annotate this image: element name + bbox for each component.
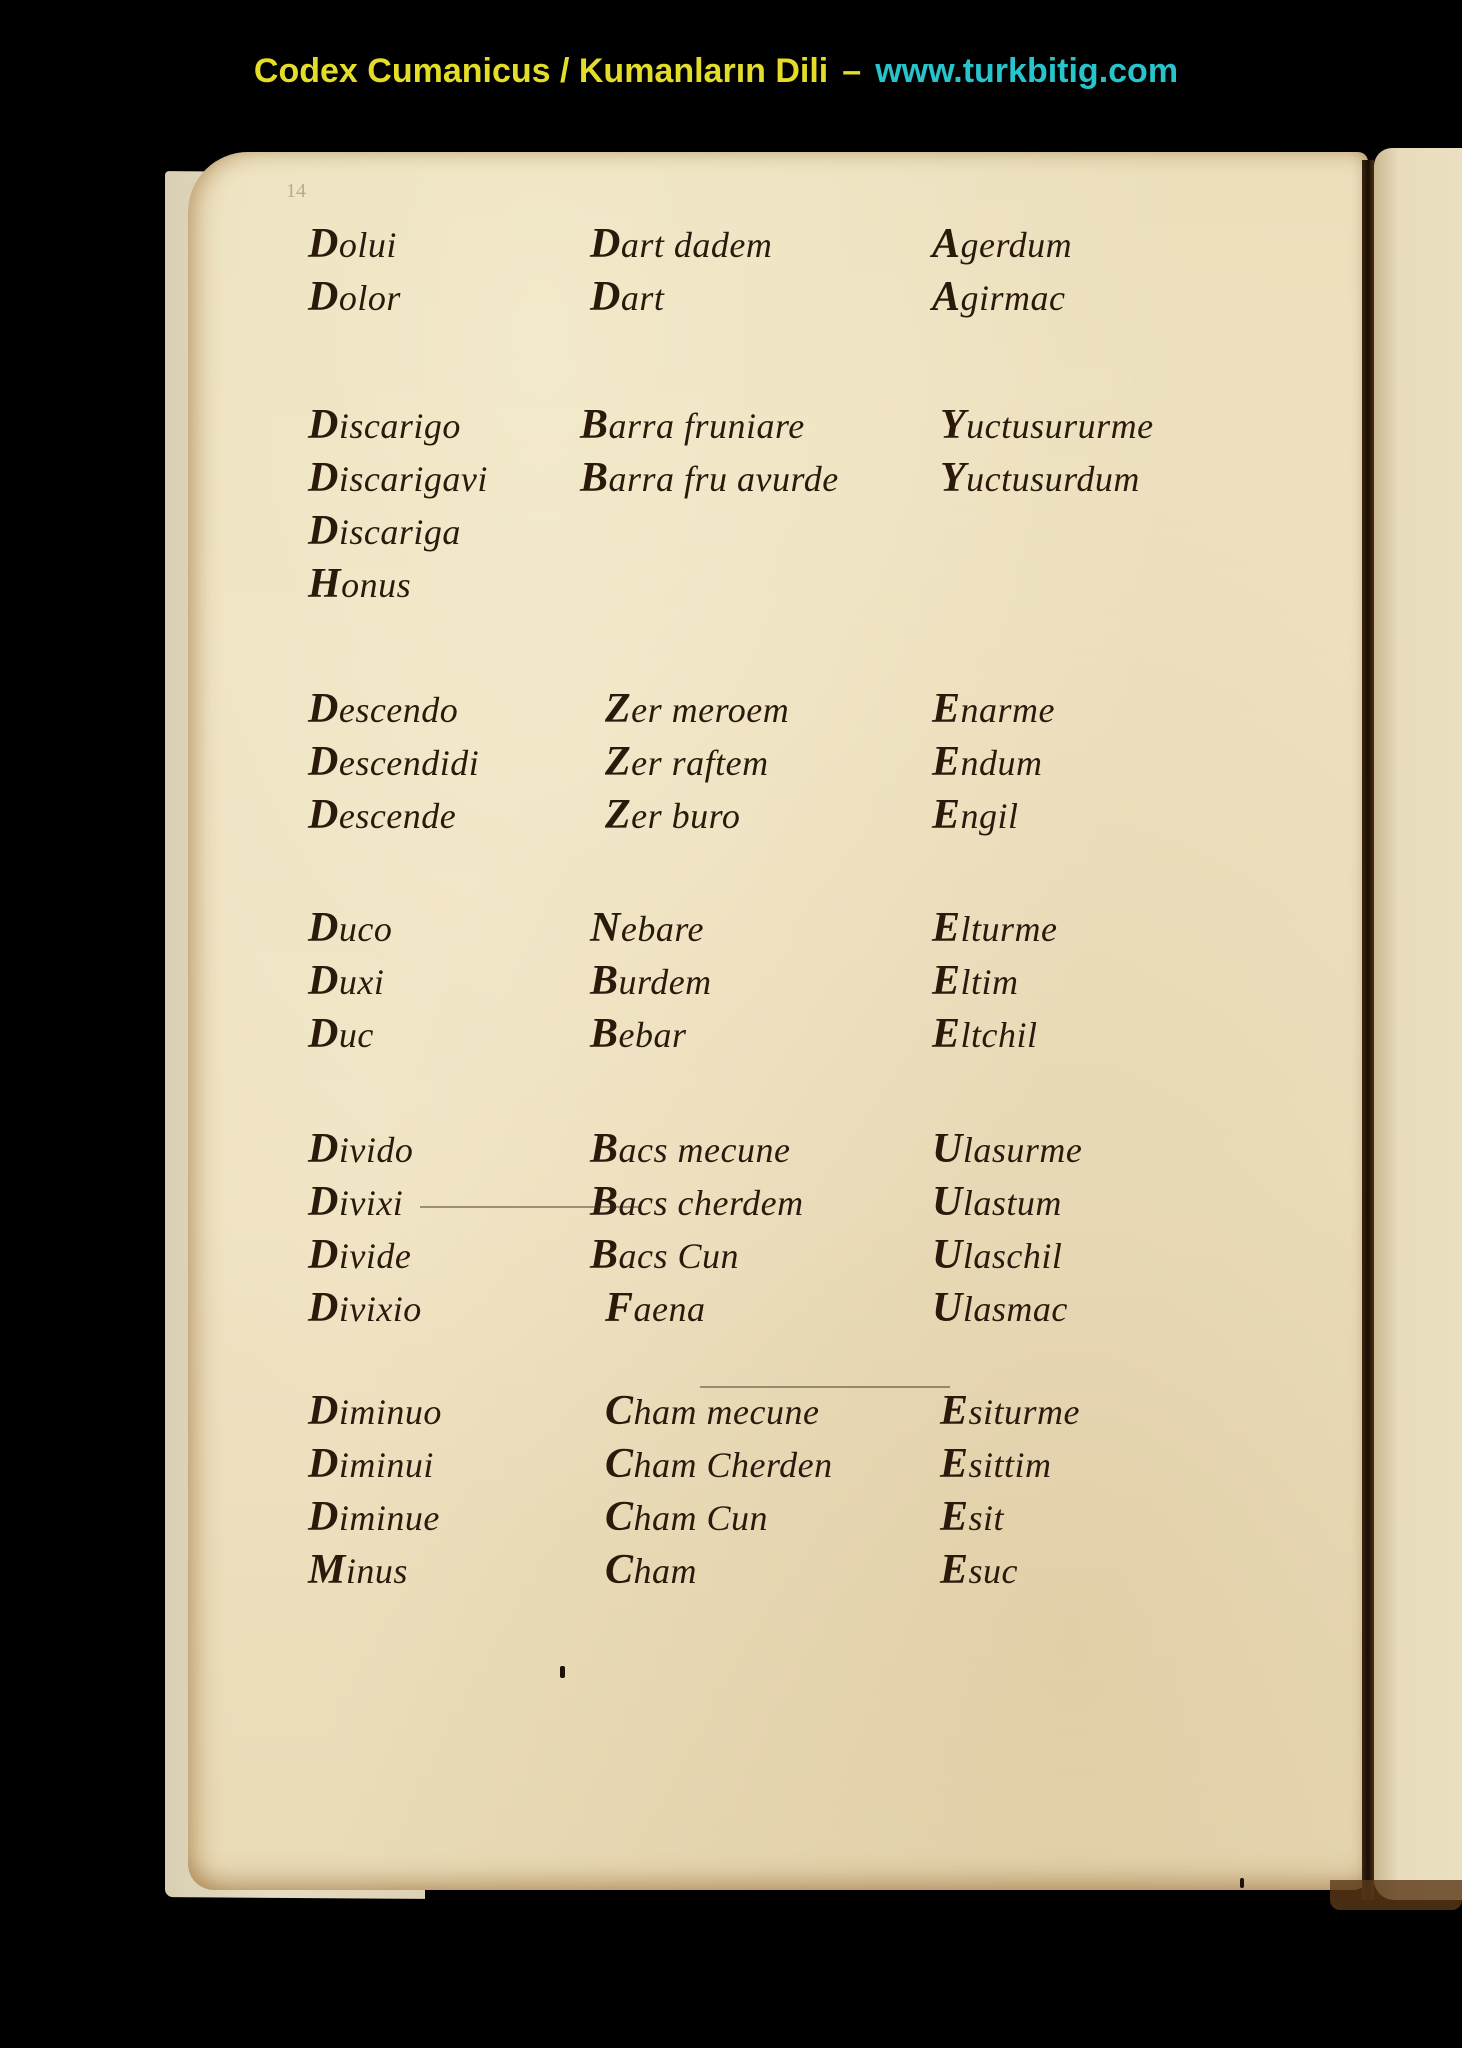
cuman-word: Agirmac — [932, 271, 1066, 325]
glossary-row: Discariga — [300, 505, 1260, 558]
cuman-word: Esittim — [940, 1438, 1052, 1492]
persian-word: Barra fru avurde — [580, 452, 839, 506]
ink-dot — [560, 1666, 565, 1678]
glossary-row: Descendo Zer meroem Enarme — [300, 683, 1260, 736]
persian-word: Bebar — [590, 1008, 687, 1062]
latin-word: Duco — [308, 902, 392, 956]
glossary-row: Dolor Dart Agirmac — [300, 271, 1260, 324]
persian-word: Dart dadem — [590, 218, 772, 272]
cuman-word: Esiturme — [940, 1385, 1080, 1439]
cuman-word: Agerdum — [932, 218, 1072, 272]
glossary-row: Descendidi Zer raftem Endum — [300, 736, 1260, 789]
latin-word: Divido — [308, 1123, 413, 1177]
glossary-row: Duc Bebar Eltchil — [300, 1008, 1260, 1061]
persian-word: Bacs cherdem — [590, 1176, 804, 1230]
glossary-row: Diminue Cham Cun Esit — [300, 1491, 1260, 1544]
latin-word: Descende — [308, 789, 456, 843]
latin-word: Dolui — [308, 218, 397, 272]
latin-word: Duc — [308, 1008, 374, 1062]
persian-word: Zer meroem — [605, 683, 789, 737]
glossary-row: Diminuo Cham mecune Esiturme — [300, 1385, 1260, 1438]
cuman-word: Esuc — [940, 1544, 1018, 1598]
book-gutter — [1362, 160, 1374, 1900]
persian-word: Cham — [605, 1544, 697, 1598]
latin-word: Diminuo — [308, 1385, 442, 1439]
glossary-row: Minus Cham Esuc — [300, 1544, 1260, 1597]
glossary-row: Dolui Dart dadem Agerdum — [300, 218, 1260, 271]
spine-bottom — [1330, 1880, 1462, 1910]
ink-rule-line — [420, 1206, 640, 1208]
persian-word: Cham Cherden — [605, 1438, 833, 1492]
entry-group: Discarigo Barra fruniare Yuctusururme Di… — [300, 399, 1260, 611]
folio-mark: 14 — [286, 180, 306, 203]
persian-word: Zer raftem — [605, 736, 769, 790]
ink-rule-line — [700, 1386, 950, 1388]
glossary-row: Divido Bacs mecune Ulasurme — [300, 1123, 1260, 1176]
latin-word: Discariga — [308, 505, 461, 559]
cuman-word: Enarme — [932, 683, 1055, 737]
persian-word: Barra fruniare — [580, 399, 805, 453]
banner-separator: – — [842, 52, 861, 90]
persian-word: Bacs mecune — [590, 1123, 790, 1177]
glossary-row: Divixio Faena Ulasmac — [300, 1282, 1260, 1335]
glossary-row: Descende Zer buro Engil — [300, 789, 1260, 842]
entry-group: Divido Bacs mecune Ulasurme Divixi Bacs … — [300, 1123, 1260, 1335]
cuman-word: Eltim — [932, 955, 1019, 1009]
cuman-word: Ulasmac — [932, 1282, 1068, 1336]
persian-word: Cham mecune — [605, 1385, 819, 1439]
persian-word: Nebare — [590, 902, 704, 956]
glossary-row: Diminui Cham Cherden Esittim — [300, 1438, 1260, 1491]
cuman-word: Ulastum — [932, 1176, 1062, 1230]
banner-title: Codex Cumanicus / Kumanların Dili — [254, 52, 828, 90]
glossary-row: Honus — [300, 558, 1260, 611]
latin-word: Dolor — [308, 271, 401, 325]
latin-word: Divixi — [308, 1176, 403, 1230]
banner-url-link[interactable]: www.turkbitig.com — [875, 52, 1178, 90]
persian-word: Burdem — [590, 955, 712, 1009]
entry-group: Duco Nebare Elturme Duxi Burdem Eltim Du… — [300, 902, 1260, 1061]
cuman-word: Esit — [940, 1491, 1004, 1545]
glossary-row: Duxi Burdem Eltim — [300, 955, 1260, 1008]
persian-word: Zer buro — [605, 789, 740, 843]
latin-word: Descendidi — [308, 736, 479, 790]
glossary-row: Divide Bacs Cun Ulaschil — [300, 1229, 1260, 1282]
cuman-word: Endum — [932, 736, 1043, 790]
persian-word: Cham Cun — [605, 1491, 768, 1545]
latin-word: Discarigo — [308, 399, 461, 453]
cuman-word: Ulasurme — [932, 1123, 1082, 1177]
latin-word: Diminui — [308, 1438, 434, 1492]
glossary-row: Discarigo Barra fruniare Yuctusururme — [300, 399, 1260, 452]
latin-word: Divide — [308, 1229, 411, 1283]
cuman-word: Eltchil — [932, 1008, 1038, 1062]
entry-group: Descendo Zer meroem Enarme Descendidi Ze… — [300, 683, 1260, 842]
ink-dot — [1240, 1878, 1244, 1888]
cuman-word: Engil — [932, 789, 1019, 843]
glossary-entries: Dolui Dart dadem Agerdum Dolor Dart Agir… — [300, 218, 1260, 1597]
header-banner: Codex Cumanicus / Kumanların Dili–www.tu… — [0, 52, 1462, 91]
cuman-word: Elturme — [932, 902, 1058, 956]
latin-word: Diminue — [308, 1491, 440, 1545]
persian-word: Dart — [590, 271, 664, 325]
persian-word: Bacs Cun — [590, 1229, 739, 1283]
glossary-row: Divixi Bacs cherdem Ulastum — [300, 1176, 1260, 1229]
cuman-word: Ulaschil — [932, 1229, 1062, 1283]
entry-group: Diminuo Cham mecune Esiturme Diminui Cha… — [300, 1385, 1260, 1597]
cuman-word: Yuctusurdum — [940, 452, 1140, 506]
glossary-row: Duco Nebare Elturme — [300, 902, 1260, 955]
persian-word: Faena — [605, 1282, 706, 1336]
glossary-row: Discarigavi Barra fru avurde Yuctusurdum — [300, 452, 1260, 505]
latin-word: Honus — [308, 558, 411, 612]
latin-word: Divixio — [308, 1282, 422, 1336]
manuscript-page-right-edge — [1374, 148, 1462, 1900]
latin-word: Descendo — [308, 683, 458, 737]
latin-word: Minus — [308, 1544, 408, 1598]
latin-word: Discarigavi — [308, 452, 488, 506]
latin-word: Duxi — [308, 955, 384, 1009]
entry-group: Dolui Dart dadem Agerdum Dolor Dart Agir… — [300, 218, 1260, 324]
cuman-word: Yuctusururme — [940, 399, 1154, 453]
